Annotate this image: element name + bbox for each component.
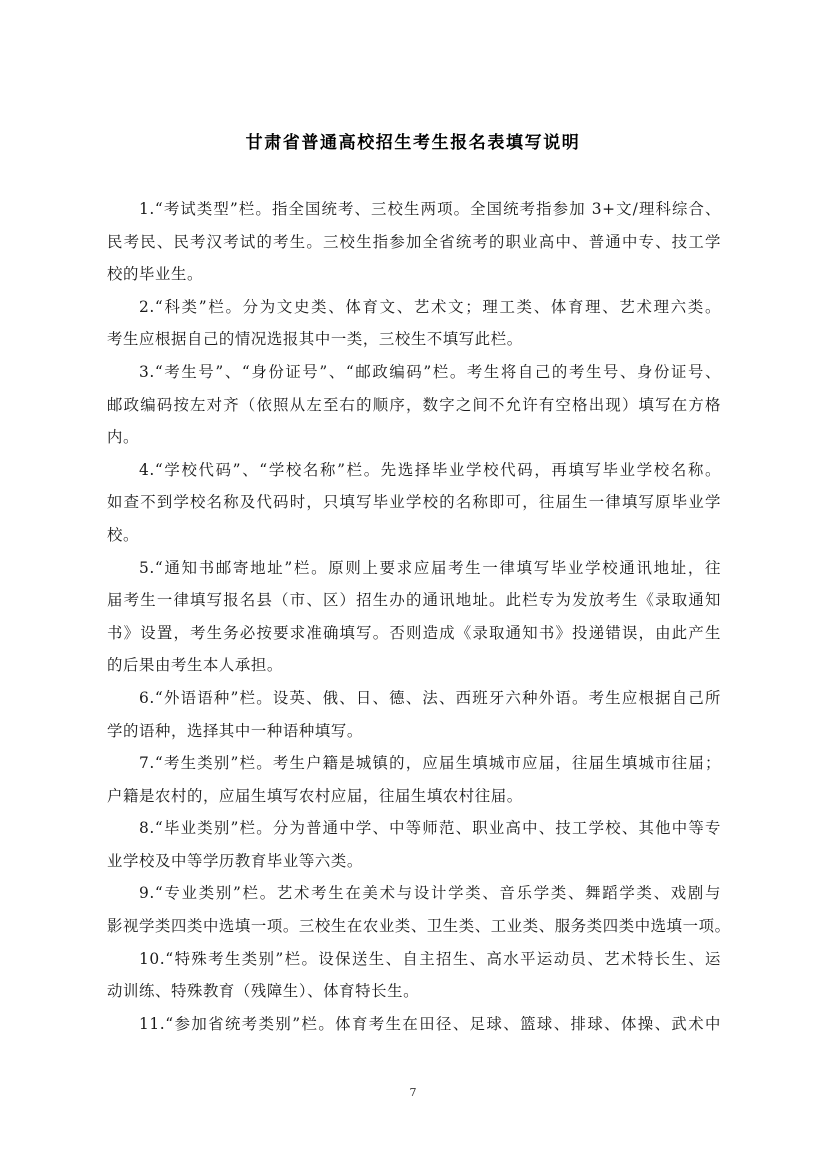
- instruction-item-9: 9.“专业类别”栏。艺术考生在美术与设计学类、音乐学类、舞蹈学类、戏剧与 影视学…: [107, 877, 721, 942]
- instruction-item-3: 3.“考生号”、“身份证号”、“邮政编码”栏。考生将自己的考生号、身份证号、 邮…: [107, 356, 721, 454]
- text-line: 如查不到学校名称及代码时，只填写毕业学校的名称即可，往届生一律填写原毕业学: [107, 486, 721, 519]
- text-line: 动训练、特殊教育（残障生）、体育特长生。: [107, 975, 721, 1008]
- text-line: 民考民、民考汉考试的考生。三校生指参加全省统考的职业高中、普通中专、技工学: [107, 226, 721, 259]
- instructions-body: 1.“考试类型”栏。指全国统考、三校生两项。全国统考指参加 3+文/理科综合、 …: [107, 193, 721, 1040]
- text-line: 届考生一律填写报名县（市、区）招生办的通讯地址。此栏专为发放考生《录取通知: [107, 584, 721, 617]
- instruction-item-6: 6.“外语语种”栏。设英、俄、日、德、法、西班牙六种外语。考生应根据自己所 学的…: [107, 682, 721, 747]
- text-line: 邮政编码按左对齐（依照从左至右的顺序，数字之间不允许有空格出现）填写在方格: [107, 389, 721, 422]
- text-line: 书》设置，考生务必按要求准确填写。否则造成《录取通知书》投递错误，由此产生: [107, 617, 721, 650]
- instruction-item-1: 1.“考试类型”栏。指全国统考、三校生两项。全国统考指参加 3+文/理科综合、 …: [107, 193, 721, 291]
- text-line: 4.“学校代码”、“学校名称”栏。先选择毕业学校代码，再填写毕业学校名称。: [107, 454, 721, 487]
- text-line: 11.“参加省统考类别”栏。体育考生在田径、足球、篮球、排球、体操、武术中: [107, 1008, 721, 1041]
- instruction-item-2: 2.“科类”栏。分为文史类、体育文、艺术文；理工类、体育理、艺术理六类。 考生应…: [107, 291, 721, 356]
- text-line: 考生应根据自己的情况选报其中一类，三校生不填写此栏。: [107, 323, 721, 356]
- text-line: 10.“特殊考生类别”栏。设保送生、自主招生、高水平运动员、艺术特长生、运: [107, 943, 721, 976]
- text-line: 学的语种，选择其中一种语种填写。: [107, 715, 721, 748]
- text-line: 1.“考试类型”栏。指全国统考、三校生两项。全国统考指参加 3+文/理科综合、: [107, 193, 721, 226]
- document-title: 甘肃省普通高校招生考生报名表填写说明: [0, 128, 826, 153]
- text-line: 5.“通知书邮寄地址”栏。原则上要求应届考生一律填写毕业学校通讯地址，往: [107, 552, 721, 585]
- text-line: 8.“毕业类别”栏。分为普通中学、中等师范、职业高中、技工学校、其他中等专: [107, 812, 721, 845]
- text-line: 影视学类四类中选填一项。三校生在农业类、卫生类、工业类、服务类四类中选填一项。: [107, 910, 721, 943]
- instruction-item-4: 4.“学校代码”、“学校名称”栏。先选择毕业学校代码，再填写毕业学校名称。 如查…: [107, 454, 721, 552]
- text-line: 7.“考生类别”栏。考生户籍是城镇的，应届生填城市应届，往届生填城市往届；: [107, 747, 721, 780]
- text-line: 2.“科类”栏。分为文史类、体育文、艺术文；理工类、体育理、艺术理六类。: [107, 291, 721, 324]
- page-number: 7: [0, 1086, 826, 1099]
- text-line: 户籍是农村的，应届生填写农村应届，往届生填农村往届。: [107, 780, 721, 813]
- instruction-item-10: 10.“特殊考生类别”栏。设保送生、自主招生、高水平运动员、艺术特长生、运 动训…: [107, 943, 721, 1008]
- text-line: 校的毕业生。: [107, 258, 721, 291]
- text-line: 3.“考生号”、“身份证号”、“邮政编码”栏。考生将自己的考生号、身份证号、: [107, 356, 721, 389]
- text-line: 的后果由考生本人承担。: [107, 649, 721, 682]
- text-line: 校。: [107, 519, 721, 552]
- document-page: 甘肃省普通高校招生考生报名表填写说明 1.“考试类型”栏。指全国统考、三校生两项…: [0, 0, 826, 1169]
- text-line: 9.“专业类别”栏。艺术考生在美术与设计学类、音乐学类、舞蹈学类、戏剧与: [107, 877, 721, 910]
- instruction-item-7: 7.“考生类别”栏。考生户籍是城镇的，应届生填城市应届，往届生填城市往届； 户籍…: [107, 747, 721, 812]
- instruction-item-11: 11.“参加省统考类别”栏。体育考生在田径、足球、篮球、排球、体操、武术中: [107, 1008, 721, 1041]
- instruction-item-5: 5.“通知书邮寄地址”栏。原则上要求应届考生一律填写毕业学校通讯地址，往 届考生…: [107, 552, 721, 682]
- text-line: 内。: [107, 421, 721, 454]
- text-line: 业学校及中等学历教育毕业等六类。: [107, 845, 721, 878]
- instruction-item-8: 8.“毕业类别”栏。分为普通中学、中等师范、职业高中、技工学校、其他中等专 业学…: [107, 812, 721, 877]
- text-line: 6.“外语语种”栏。设英、俄、日、德、法、西班牙六种外语。考生应根据自己所: [107, 682, 721, 715]
